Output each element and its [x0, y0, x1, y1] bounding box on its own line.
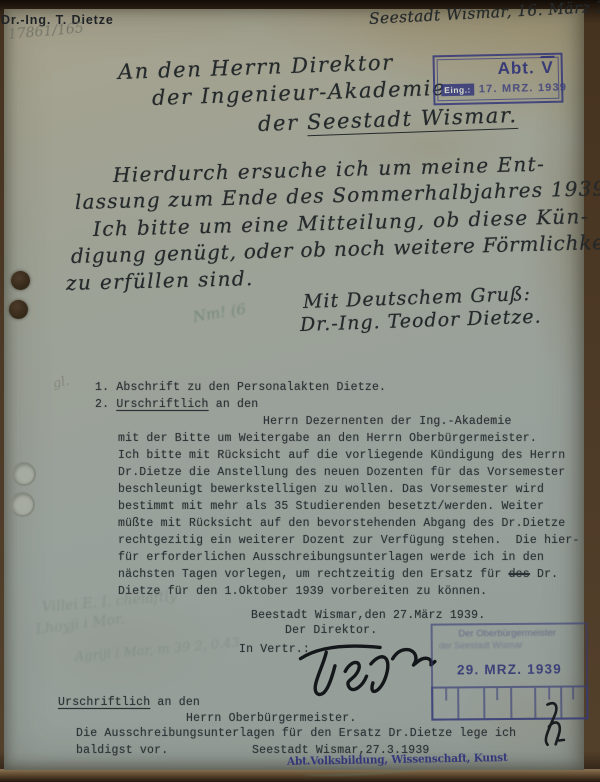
hole-punch-light-2	[10, 492, 35, 517]
entry-stamp-roman-numeral: V	[540, 56, 555, 77]
receipt-stamp-date: 29. MRZ. 1939	[433, 661, 586, 677]
grid-tick	[572, 687, 574, 699]
entry-stamp-date: 17. MRZ. 1939	[479, 82, 568, 96]
memo-line: beschleunigt bewerkstelligen zu wollen. …	[118, 483, 544, 496]
hole-punch-light-1	[12, 462, 36, 486]
grid-tick	[445, 689, 447, 701]
memo-item-2-underlined: Urschriftlich	[116, 398, 208, 411]
distribution-line-2: Herrn Oberbürgermeister.	[186, 712, 356, 725]
memo-line-with-strikeout: nächsten Tagen vorlegen, um rechtzeitig …	[118, 568, 558, 581]
grid-divider	[510, 688, 512, 718]
table-edge	[0, 769, 600, 782]
grid-tick	[496, 688, 498, 700]
entry-stamp-department: Abt. V	[433, 58, 555, 81]
memo-line: Herrn Dezernenten der Ing.-Akademie	[263, 415, 512, 428]
memo-line: Dr.Dietze die Anstellung des neuen Dozen…	[118, 466, 565, 479]
memo-place-date: Beestadt Wismar,den 27.März 1939.	[251, 609, 485, 622]
document-photo: Dr.-Ing. T. Dietze 17861/165 Seestadt Wi…	[0, 0, 600, 782]
memo-line: rechtgezitig ein weiterer Dozent zur Ver…	[118, 534, 580, 547]
footer-line-1: Die Ausschreibungsunterlagen für den Ers…	[76, 727, 516, 740]
department-entry-stamp: Abt. V Eing.: 17. MRZ. 1939	[432, 53, 563, 106]
grid-divider	[484, 688, 486, 718]
memo-line: für erforderlichen Ausschreibungsunterla…	[118, 551, 544, 564]
entry-stamp-eing-label: Eing.:	[441, 84, 474, 97]
entry-stamp-date-row: Eing.: 17. MRZ. 1939	[441, 82, 555, 96]
footer-line-2-left: baldigst vor.	[76, 744, 168, 757]
memo-item-1: 1. Abschrift zu den Personalakten Dietze…	[95, 381, 386, 394]
body-line-5: zu erfüllen sind.	[66, 266, 254, 295]
struck-word: des	[509, 568, 530, 581]
memo-line: Ich bitte mit Rücksicht auf die vorliege…	[118, 449, 565, 462]
memo-item-2: 2. Urschriftlich an den	[95, 398, 258, 411]
grid-divider	[458, 688, 460, 718]
receipt-stamp-subheader: der Seestadt Wismar	[439, 640, 523, 651]
distribution-line-1: Urschriftlich an den	[58, 696, 200, 709]
memo-line: müßte mit Rücksicht auf den bevorstehend…	[118, 517, 565, 530]
hole-punch-dark-2	[9, 300, 28, 319]
memo-line: mit der Bitte um Weitergabe an den Herrn…	[118, 432, 537, 445]
address-line-3-prefix: der	[258, 110, 308, 136]
director-ink-signature: Tegeder	[293, 631, 446, 701]
receipt-stamp-header: Der Oberbürgermeister	[433, 627, 582, 639]
urschriftlich-underlined: Urschriftlich	[58, 696, 150, 709]
handwritten-initial-paraph: Ih.	[535, 698, 569, 752]
memo-line: bestimmt mit mehr als 35 Studierenden be…	[118, 500, 544, 513]
hole-punch-dark-1	[11, 271, 30, 290]
grid-divider	[534, 688, 536, 718]
